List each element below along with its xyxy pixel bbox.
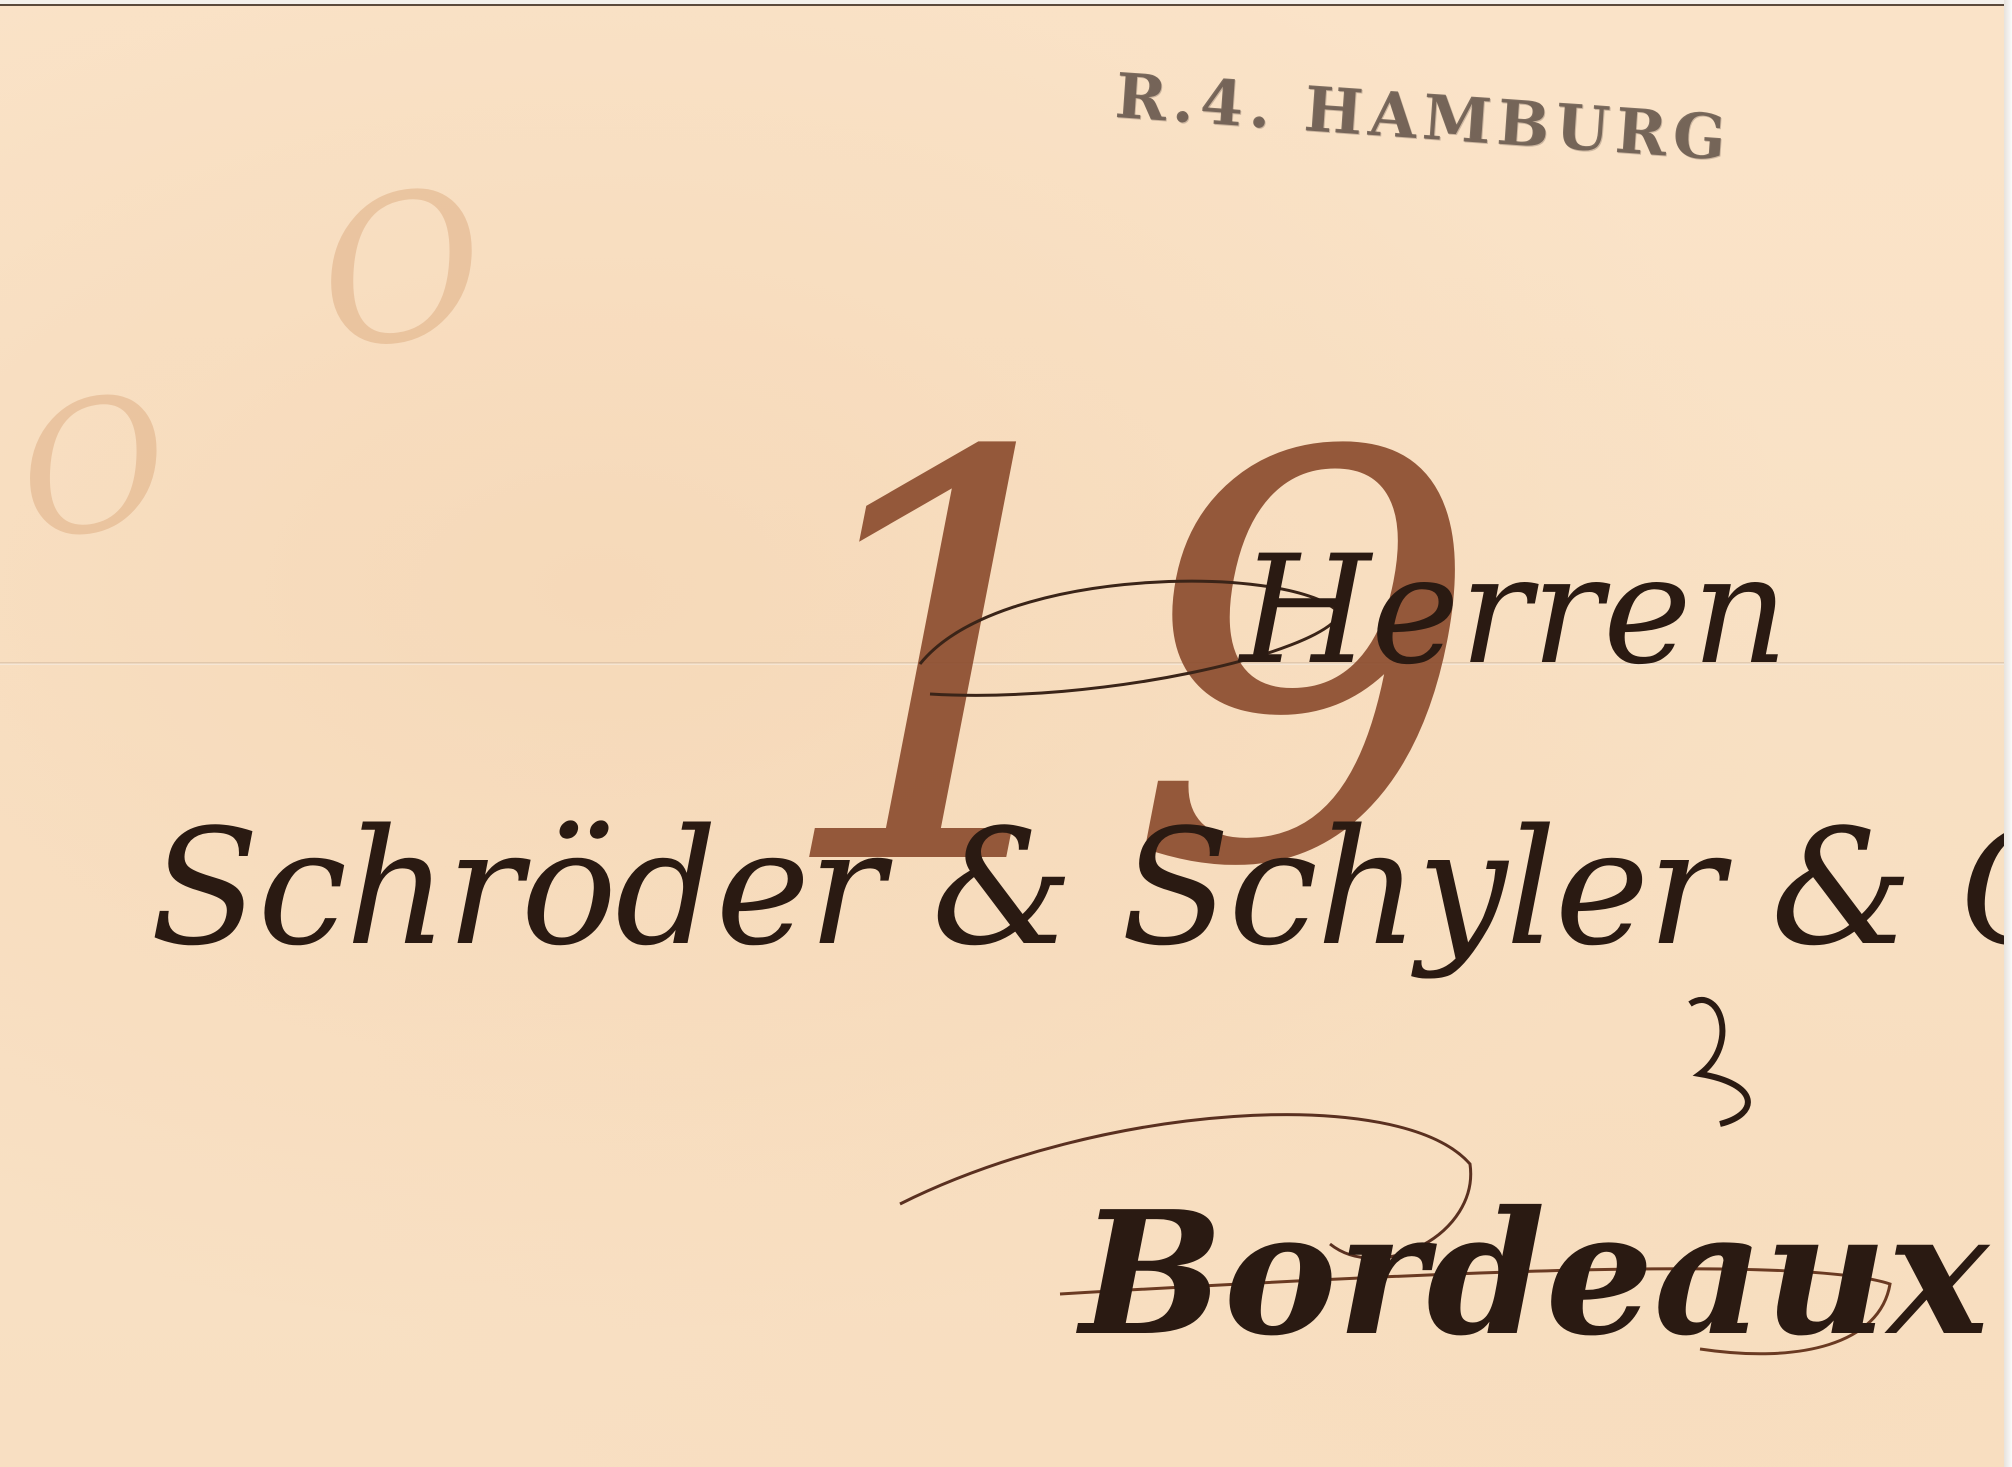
scan-edge: [2004, 0, 2012, 1467]
salutation-text: Herren: [1240, 524, 1788, 698]
addressee-text: Schröder & Schyler & Co.: [150, 794, 2012, 981]
destination-city: Bordeaux: [1080, 1174, 1989, 1374]
letter-sheet: O O R.4. HAMBURG 19 Herren Schröder & Sc…: [0, 4, 2004, 1467]
